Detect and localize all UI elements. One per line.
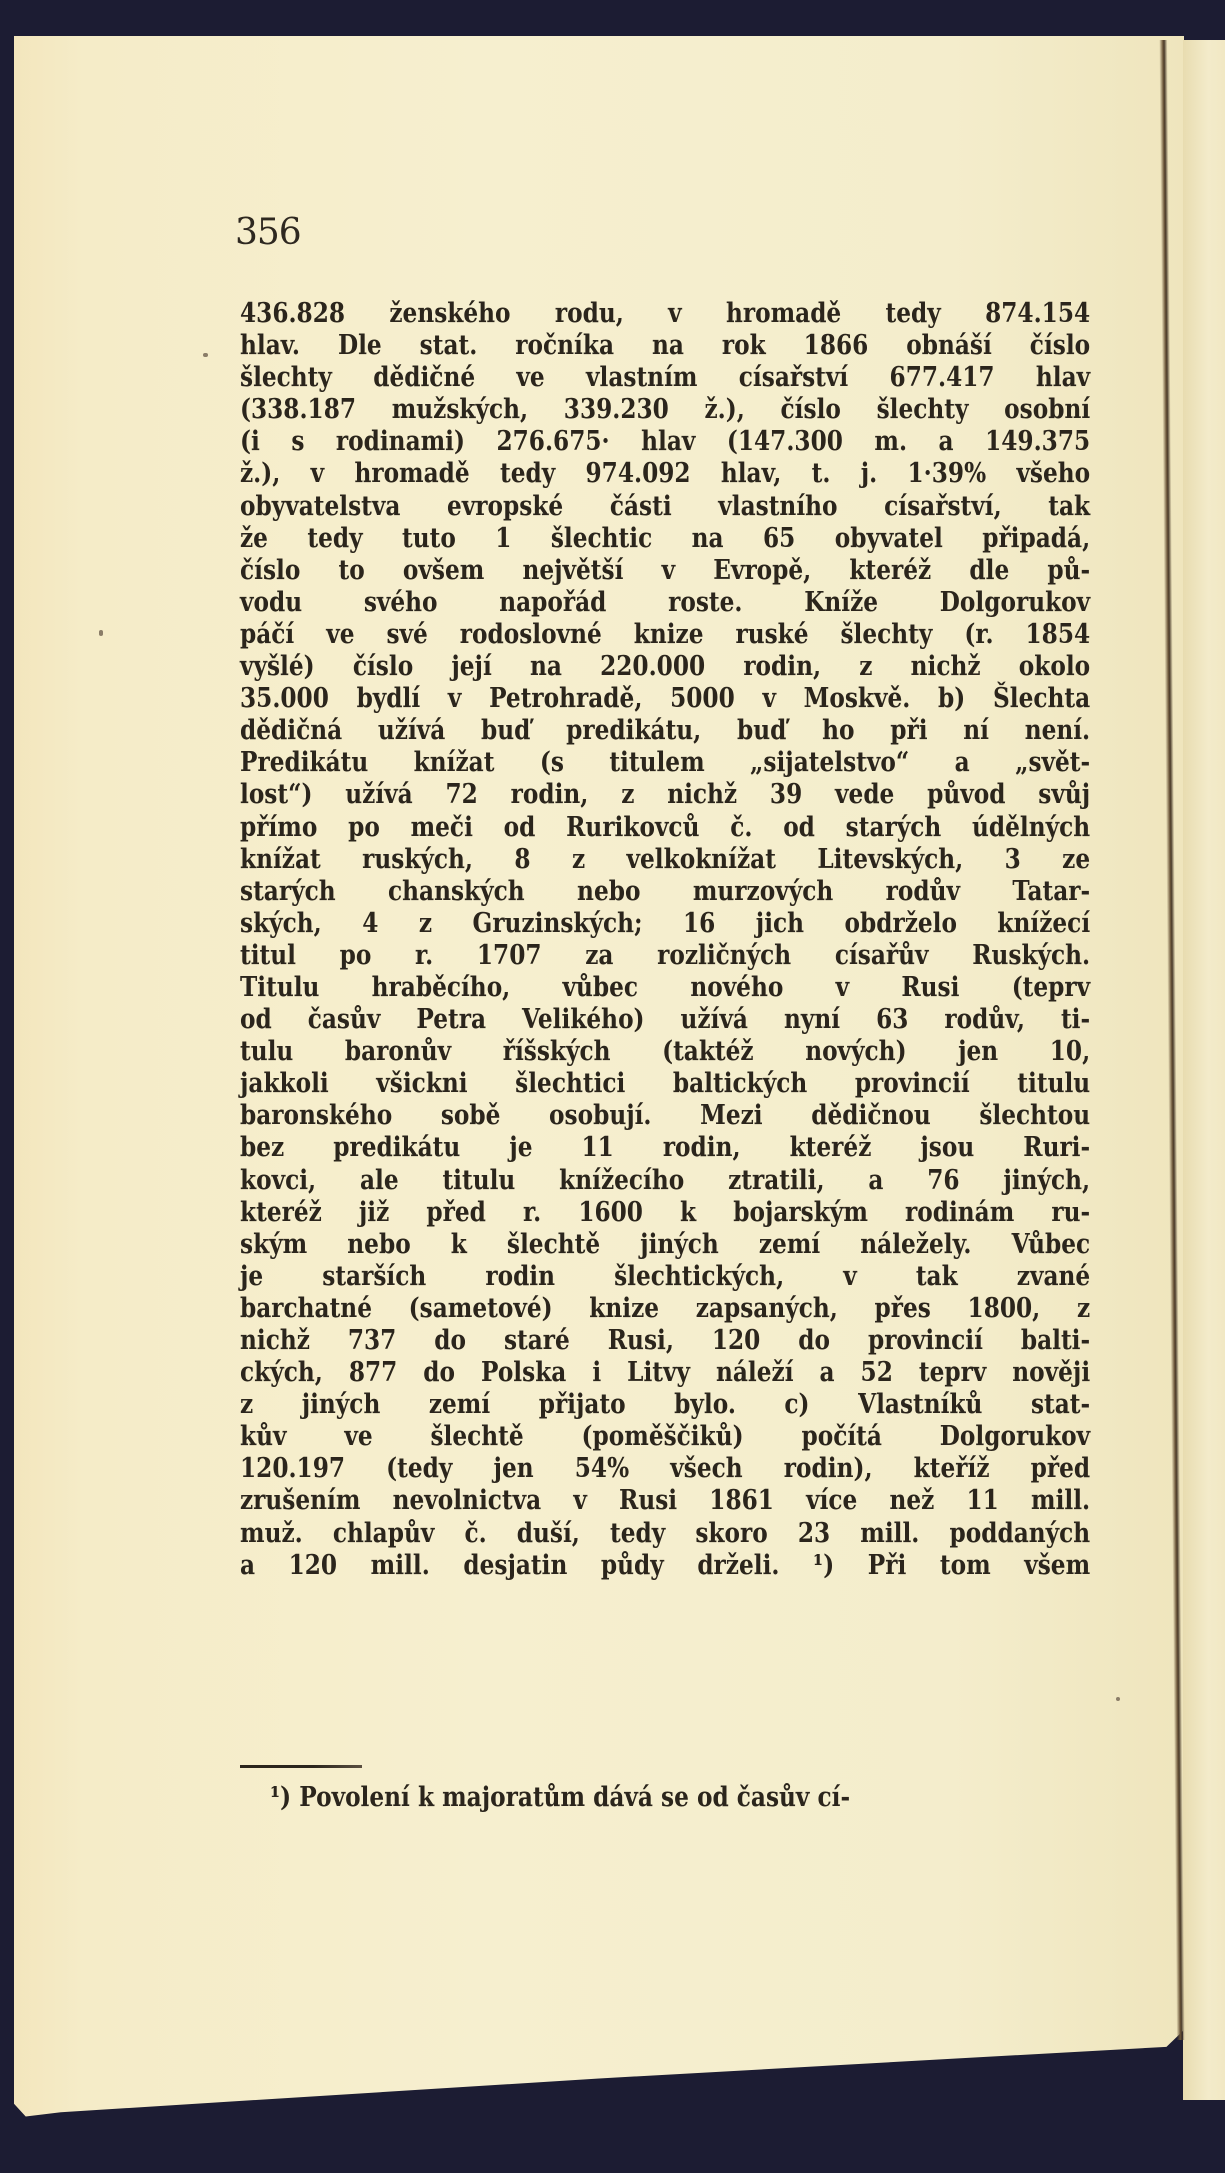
footnote-text: Povolení k majoratům dává se od časův cí…: [299, 1782, 850, 1813]
text-line: nichž 737 do staré Rusi, 120 do provinci…: [240, 1325, 1090, 1357]
footnote: ¹) Povolení k majoratům dává se od časův…: [270, 1782, 958, 1814]
text-line: z jiných zemí přijato bylo. c) Vlastníků…: [240, 1389, 1090, 1421]
text-line: šlechty dědičné ve vlastním císařství 67…: [240, 362, 1090, 394]
text-line: kův ve šlechtě (poměščiků) počítá Dolgor…: [240, 1421, 1090, 1453]
text-line: 436.828 ženského rodu, v hromadě tedy 87…: [240, 298, 1090, 330]
text-line: bez predikátu je 11 rodin, kteréž jsou R…: [240, 1132, 1090, 1164]
text-line: obyvatelstva evropské části vlastního cí…: [240, 491, 1090, 523]
footnote-marker: ¹): [270, 1782, 291, 1813]
text-line: (338.187 mužských, 339.230 ž.), číslo šl…: [240, 394, 1090, 426]
margin-speck: [99, 630, 103, 636]
footnote-separator: [240, 1765, 362, 1768]
text-line: starých chanských nebo murzových rodův T…: [240, 876, 1090, 908]
text-line: jakkoli všickni šlechtici baltických pro…: [240, 1068, 1090, 1100]
text-line: baronského sobě osobují. Mezi dědičnou š…: [240, 1100, 1090, 1132]
text-line: číslo to ovšem největší v Evropě, kteréž…: [240, 555, 1090, 587]
text-line: přímo po meči od Rurikovců č. od starých…: [240, 812, 1090, 844]
text-line: titul po r. 1707 za rozličných císařův R…: [240, 940, 1090, 972]
text-line: ským nebo k šlechtě jiných zemí náležely…: [240, 1229, 1090, 1261]
text-line: je starších rodin šlechtických, v tak zv…: [240, 1261, 1090, 1293]
text-line: dědičná užívá buď predikátu, buď ho při …: [240, 715, 1090, 747]
text-line: hlav. Dle stat. ročníka na rok 1866 obná…: [240, 330, 1090, 362]
text-line: tulu baronův říšských (taktéž nových) je…: [240, 1036, 1090, 1068]
text-line: 35.000 bydlí v Petrohradě, 5000 v Moskvě…: [240, 683, 1090, 715]
text-line: muž. chlapův č. duší, tedy skoro 23 mill…: [240, 1518, 1090, 1550]
margin-speck: [1116, 1697, 1120, 1701]
text-line: že tedy tuto 1 šlechtic na 65 obyvatel p…: [240, 523, 1090, 555]
text-line: Titulu hraběcího, vůbec nového v Rusi (t…: [240, 972, 1090, 1004]
text-line: ckých, 877 do Polska i Litvy náleží a 52…: [240, 1357, 1090, 1389]
text-line: a 120 mill. desjatin půdy drželi. ¹) Při…: [240, 1550, 1090, 1582]
body-paragraph: 436.828 ženského rodu, v hromadě tedy 87…: [240, 298, 1090, 1582]
text-line: páčí ve své rodoslovné knize ruské šlech…: [240, 619, 1090, 651]
text-line: knížat ruských, 8 z velkoknížat Litevský…: [240, 844, 1090, 876]
text-line: ž.), v hromadě tedy 974.092 hlav, t. j. …: [240, 458, 1090, 490]
text-line: 120.197 (tedy jen 54% všech rodin), kteř…: [240, 1453, 1090, 1485]
margin-speck: [203, 353, 208, 357]
text-line: kovci, ale titulu knížecího ztratili, a …: [240, 1165, 1090, 1197]
text-line: ských, 4 z Gruzinských; 16 jich obdrželo…: [240, 908, 1090, 940]
text-line: vyšlé) číslo její na 220.000 rodin, z ni…: [240, 651, 1090, 683]
text-line: (i s rodinami) 276.675· hlav (147.300 m.…: [240, 426, 1090, 458]
text-line: od časův Petra Velikého) užívá nyní 63 r…: [240, 1004, 1090, 1036]
text-line: lost“) užívá 72 rodin, z nichž 39 vede p…: [240, 779, 1090, 811]
text-line: barchatné (sametové) knize zapsaných, př…: [240, 1293, 1090, 1325]
adjacent-page-edge: [1183, 40, 1225, 2100]
text-line: vodu svého napořád roste. Kníže Dolgoruk…: [240, 587, 1090, 619]
text-line: Predikátu knížat (s titulem „sijatelstvo…: [240, 747, 1090, 779]
text-line: kteréž již před r. 1600 k bojarským rodi…: [240, 1197, 1090, 1229]
text-line: zrušením nevolnictva v Rusi 1861 více ne…: [240, 1485, 1090, 1517]
page-number: 356: [235, 212, 301, 253]
